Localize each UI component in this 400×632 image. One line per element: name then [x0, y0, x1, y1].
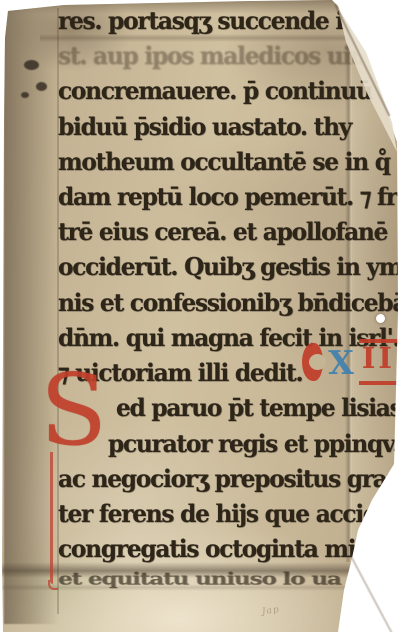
text-line: congregatis octoginta milibʒ	[58, 534, 397, 563]
text-line: dam reptū loco pemerūt. ⁊ fra	[58, 182, 400, 211]
text-line-faded-fold: et equitatu uniuso lo ua	[58, 569, 341, 589]
chapter-numeral-blue: X	[328, 343, 354, 382]
text-line: occiderūt. Quibʒ gestis in ym	[58, 252, 400, 281]
text-line: st. aup ipos maledicos uiuo	[58, 41, 380, 70]
text-line: ed paruo p̄t tempe lisias	[116, 393, 400, 422]
red-margin-line-hook	[48, 580, 58, 590]
text-line: res. portasqʒ succende iu	[58, 6, 359, 35]
ink-blot	[36, 82, 47, 91]
ink-blot	[24, 60, 39, 70]
red-margin-line	[50, 452, 53, 584]
lombardic-initial: S	[40, 372, 107, 450]
text-line: ter ferens de hijs que accidrāt.	[58, 499, 400, 528]
text-line: motheum occultantē se in q̊	[58, 147, 390, 176]
text-line: concremauere. p̄ continuū aūt	[58, 76, 400, 105]
red-paraph-icon	[302, 343, 323, 381]
text-line: nis et confessionibʒ bn̄dicebāt	[58, 288, 400, 317]
chapter-marker: X II	[302, 336, 398, 388]
text-line: biduū p̄sidio uastato. thy	[58, 112, 351, 141]
text-block: res. portasqʒ succende iu st. aup ipos m…	[58, 6, 398, 616]
chapter-numeral-red: II	[359, 339, 398, 385]
parchment-leaf: res. portasqʒ succende iu st. aup ipos m…	[0, 0, 400, 632]
text-line: ac negociorʒ prepositus graui	[58, 464, 400, 493]
tear-edge-shadow-bottom	[350, 556, 394, 632]
ink-blot	[21, 92, 29, 98]
paraph-counter	[309, 354, 326, 370]
text-line: trē eius cereā. et apollofanē	[58, 217, 387, 246]
text-line: pcurator regis et ppinqv.	[108, 429, 399, 458]
manuscript-photo: res. portasqʒ succende iu st. aup ipos m…	[0, 0, 400, 632]
